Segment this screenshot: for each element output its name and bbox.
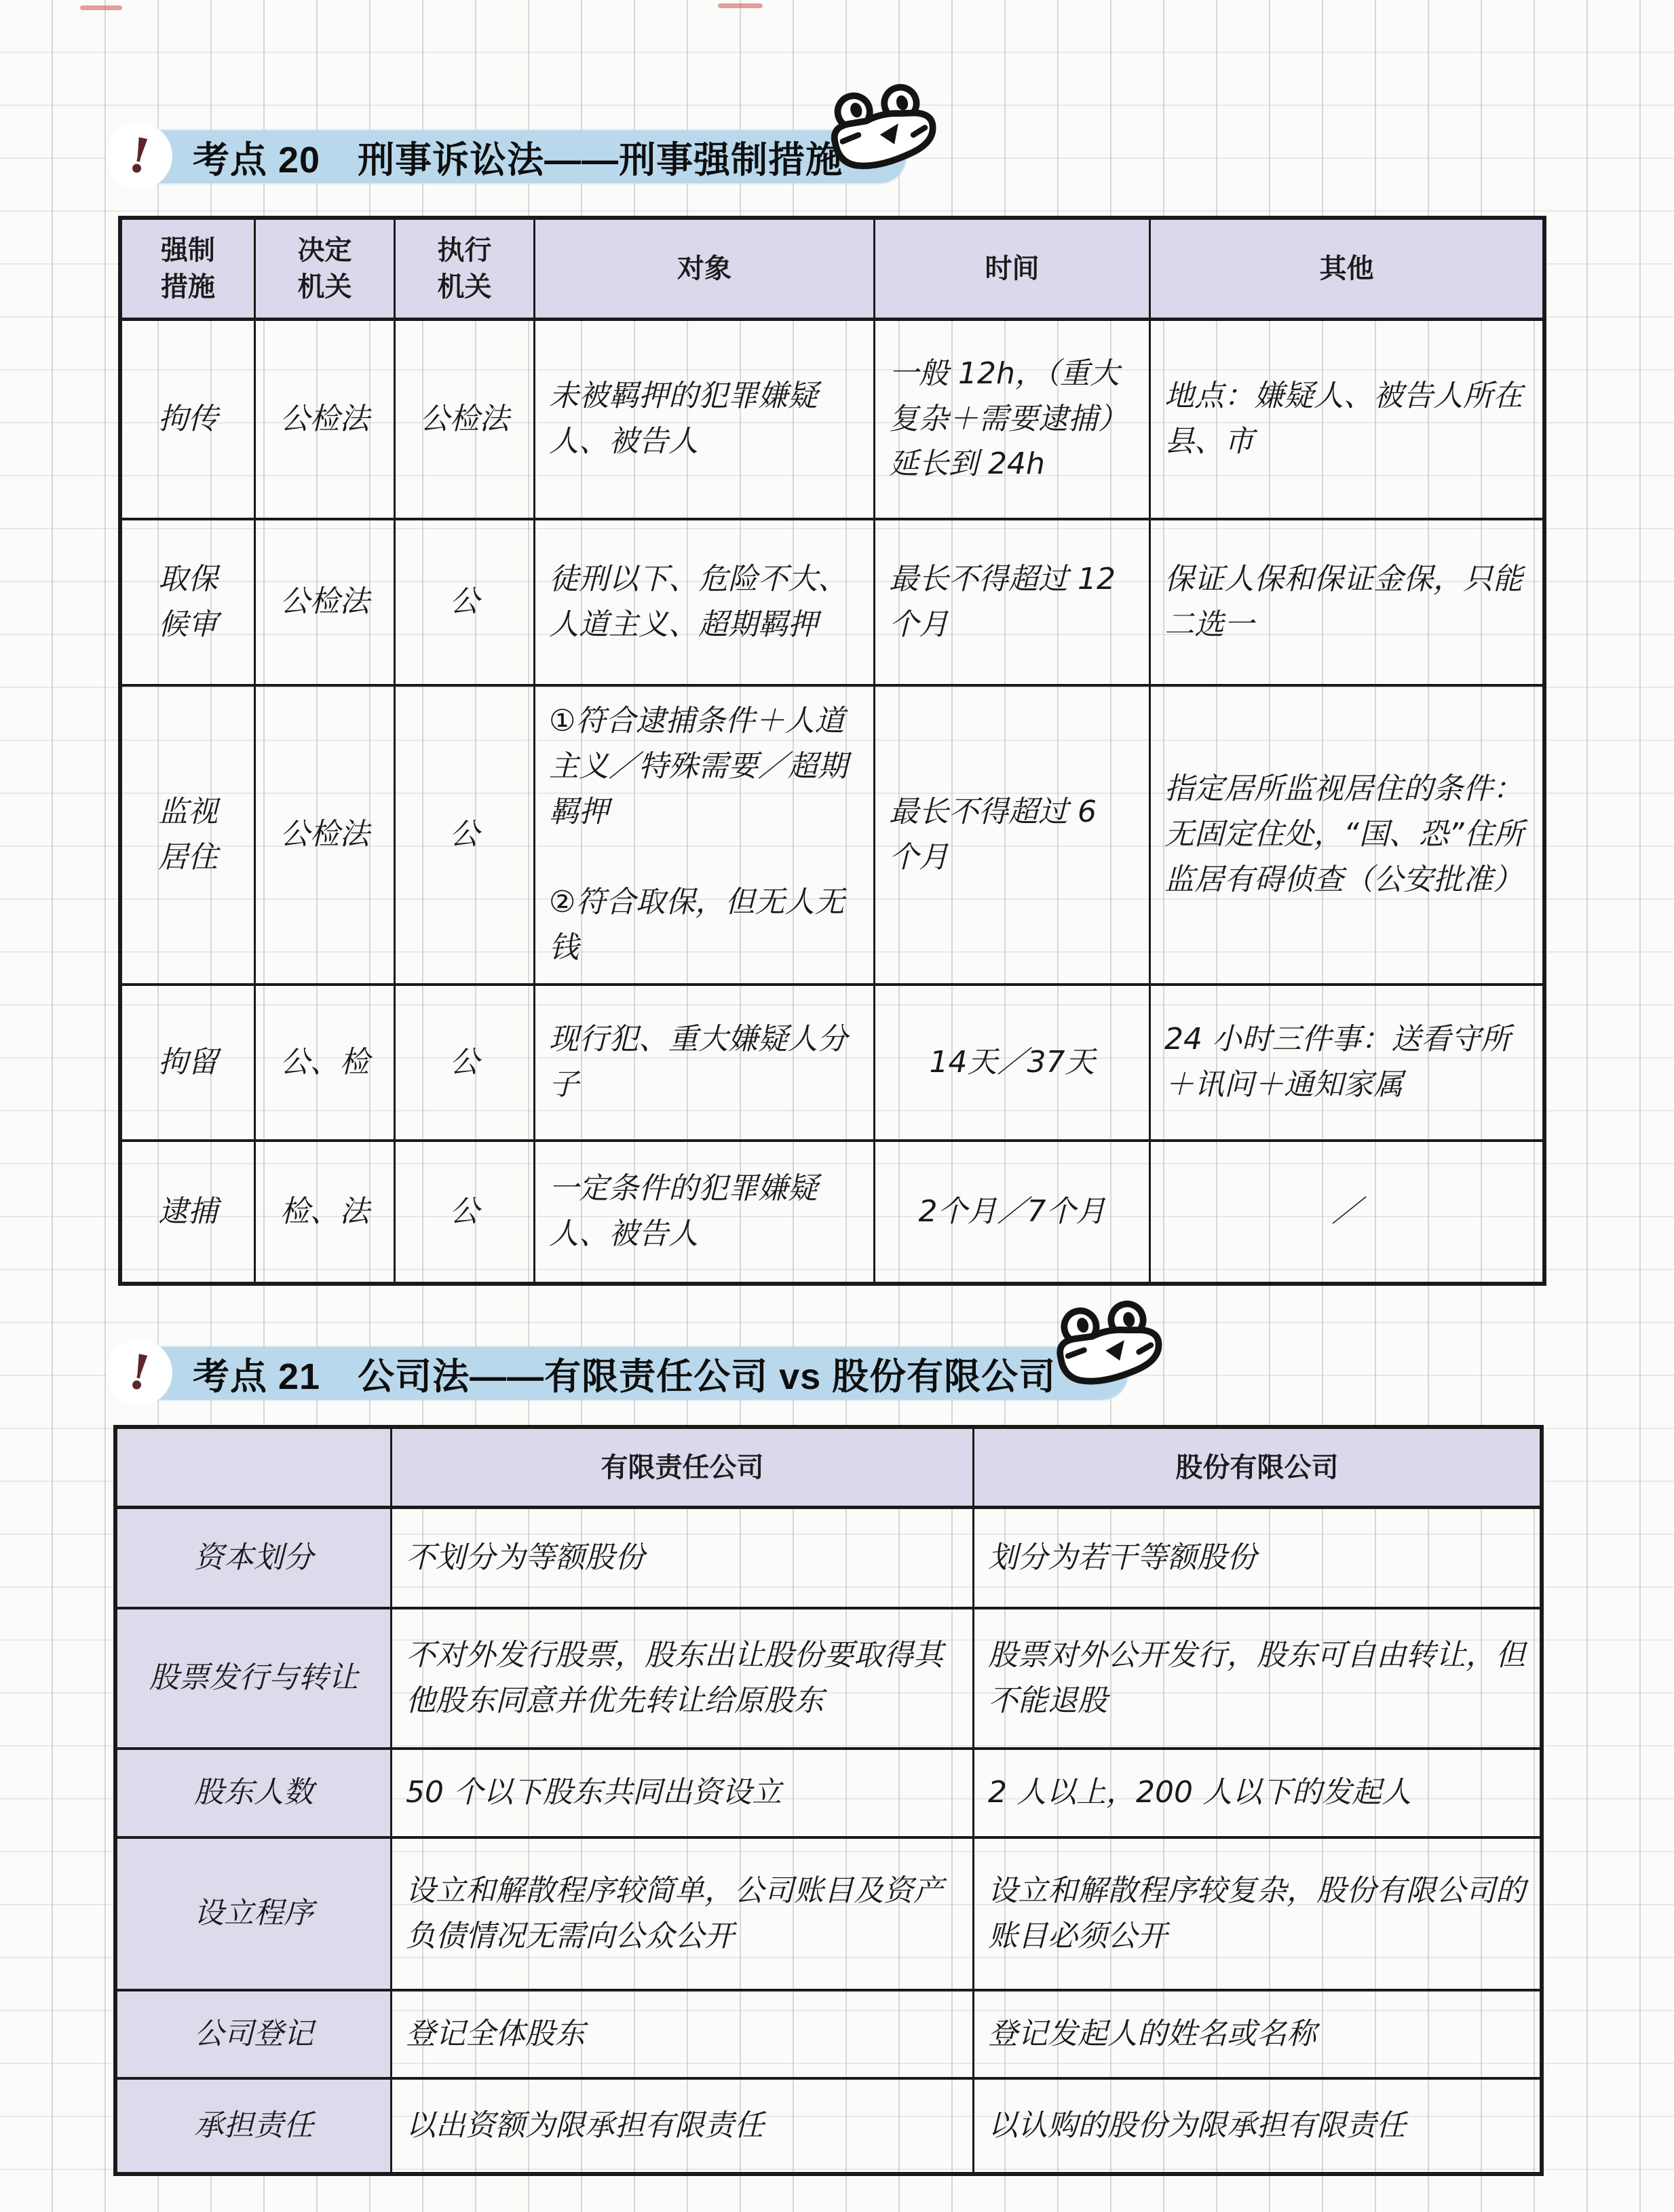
cell-jsc: 以认购的股份为限承担有限责任 xyxy=(974,2080,1540,2172)
cell-jsc: 设立和解散程序较复杂，股份有限公司的账目必须公开 xyxy=(974,1839,1540,1991)
column-header: 股份有限公司 xyxy=(974,1429,1540,1509)
exclamation-icon: ! xyxy=(124,131,155,182)
column-header xyxy=(117,1429,392,1509)
column-header: 执行 机关 xyxy=(396,220,535,321)
cell-target: 徒刑以下、危险不大、人道主义、超期羁押 xyxy=(535,520,875,687)
cell-target: 未被羁押的犯罪嫌疑人、被告人 xyxy=(535,321,875,520)
section-title: 考点 20 刑事诉讼法——刑事强制措施 xyxy=(193,131,877,183)
cell-llc: 不对外发行股票，股东出让股份要取得其他股东同意并优先转让给原股东 xyxy=(392,1609,974,1750)
cell-executing-organ: 公 xyxy=(396,986,535,1142)
criminal-measures-table: 强制 措施 决定 机关 执行 机关 对象 时间 其他 拘传 公检法 公检法 未被… xyxy=(118,216,1546,1286)
cell-llc: 登记全体股东 xyxy=(392,1991,974,2080)
cell-deciding-organ: 检、法 xyxy=(256,1142,396,1282)
cell-other: 地点：嫌疑人、被告人所在县、市 xyxy=(1151,321,1542,520)
column-header: 有限责任公司 xyxy=(392,1429,974,1509)
cell-deciding-organ: 公检法 xyxy=(256,687,396,986)
company-law-comparison-table: 有限责任公司 股份有限公司 资本划分 不划分为等额股份 划分为若干等额股份 股票… xyxy=(113,1425,1544,2176)
cell-target: 现行犯、重大嫌疑人分子 xyxy=(535,986,875,1142)
row-label: 资本划分 xyxy=(117,1509,392,1609)
column-header: 决定 机关 xyxy=(256,220,396,321)
cell-executing-organ: 公 xyxy=(396,687,535,986)
cell-other: 保证人保和保证金保，只能二选一 xyxy=(1151,520,1542,687)
cell-duration: 一般 12h，（重大复杂＋需要逮捕）延长到 24h xyxy=(875,321,1151,520)
frog-face-icon xyxy=(807,66,953,187)
cell-duration: 2个月／7个月 xyxy=(875,1142,1151,1282)
cell-measure: 拘传 xyxy=(122,321,256,520)
row-label: 承担责任 xyxy=(117,2080,392,2172)
cell-llc: 设立和解散程序较简单，公司账目及资产负债情况无需向公众公开 xyxy=(392,1839,974,1991)
cell-jsc: 划分为若干等额股份 xyxy=(974,1509,1540,1609)
cell-executing-organ: 公 xyxy=(396,1142,535,1282)
frog-face-icon xyxy=(1035,1284,1178,1401)
cell-jsc: 2 人以上，200 人以下的发起人 xyxy=(974,1750,1540,1839)
cell-deciding-organ: 公、检 xyxy=(256,986,396,1142)
cell-jsc: 登记发起人的姓名或名称 xyxy=(974,1991,1540,2080)
red-scan-mark xyxy=(718,3,763,8)
cell-other: 指定居所监视居住的条件：无固定住处，“国、恐”住所监居有碍侦查（公安批准） xyxy=(1151,687,1542,986)
row-label: 设立程序 xyxy=(117,1839,392,1991)
column-header: 强制 措施 xyxy=(122,220,256,321)
column-header: 对象 xyxy=(535,220,875,321)
exclamation-badge: ! xyxy=(106,1339,172,1406)
exclamation-icon: ! xyxy=(124,1348,155,1398)
column-header: 时间 xyxy=(875,220,1151,321)
cell-measure: 拘留 xyxy=(122,986,256,1142)
cell-deciding-organ: 公检法 xyxy=(256,321,396,520)
row-label: 股东人数 xyxy=(117,1750,392,1839)
section-title: 考点 21 公司法——有限责任公司 vs 股份有限公司 xyxy=(193,1348,1090,1400)
row-label: 公司登记 xyxy=(117,1991,392,2080)
cell-executing-organ: 公 xyxy=(396,520,535,687)
cell-llc: 50 个以下股东共同出资设立 xyxy=(392,1750,974,1839)
cell-llc: 不划分为等额股份 xyxy=(392,1509,974,1609)
section-heading-kaodian-20: ! 考点 20 刑事诉讼法——刑事强制措施 xyxy=(117,130,906,183)
study-notes-page: ! 考点 20 刑事诉讼法——刑事强制措施 强制 措施 决定 机关 执行 机关 … xyxy=(0,0,1674,2212)
cell-other: ／ xyxy=(1151,1142,1542,1282)
cell-target: ①符合逮捕条件＋人道主义／特殊需要／超期羁押 ②符合取保，但无人无钱 xyxy=(535,687,875,986)
row-label: 股票发行与转让 xyxy=(117,1609,392,1750)
cell-duration: 最长不得超过 12 个月 xyxy=(875,520,1151,687)
cell-other: 24 小时三件事：送看守所＋讯问＋通知家属 xyxy=(1151,986,1542,1142)
cell-jsc: 股票对外公开发行，股东可自由转让，但不能退股 xyxy=(974,1609,1540,1750)
cell-executing-organ: 公检法 xyxy=(396,321,535,520)
column-header: 其他 xyxy=(1151,220,1542,321)
cell-duration: 最长不得超过 6 个月 xyxy=(875,687,1151,986)
cell-llc: 以出资额为限承担有限责任 xyxy=(392,2080,974,2172)
cell-measure: 逮捕 xyxy=(122,1142,256,1282)
cell-deciding-organ: 公检法 xyxy=(256,520,396,687)
exclamation-badge: ! xyxy=(106,123,172,189)
red-scan-mark xyxy=(80,5,122,10)
cell-measure: 监视 居住 xyxy=(122,687,256,986)
section-heading-kaodian-21: ! 考点 21 公司法——有限责任公司 vs 股份有限公司 xyxy=(117,1347,1128,1400)
cell-measure: 取保 候审 xyxy=(122,520,256,687)
cell-duration: 14天／37天 xyxy=(875,986,1151,1142)
cell-target: 一定条件的犯罪嫌疑人、被告人 xyxy=(535,1142,875,1282)
